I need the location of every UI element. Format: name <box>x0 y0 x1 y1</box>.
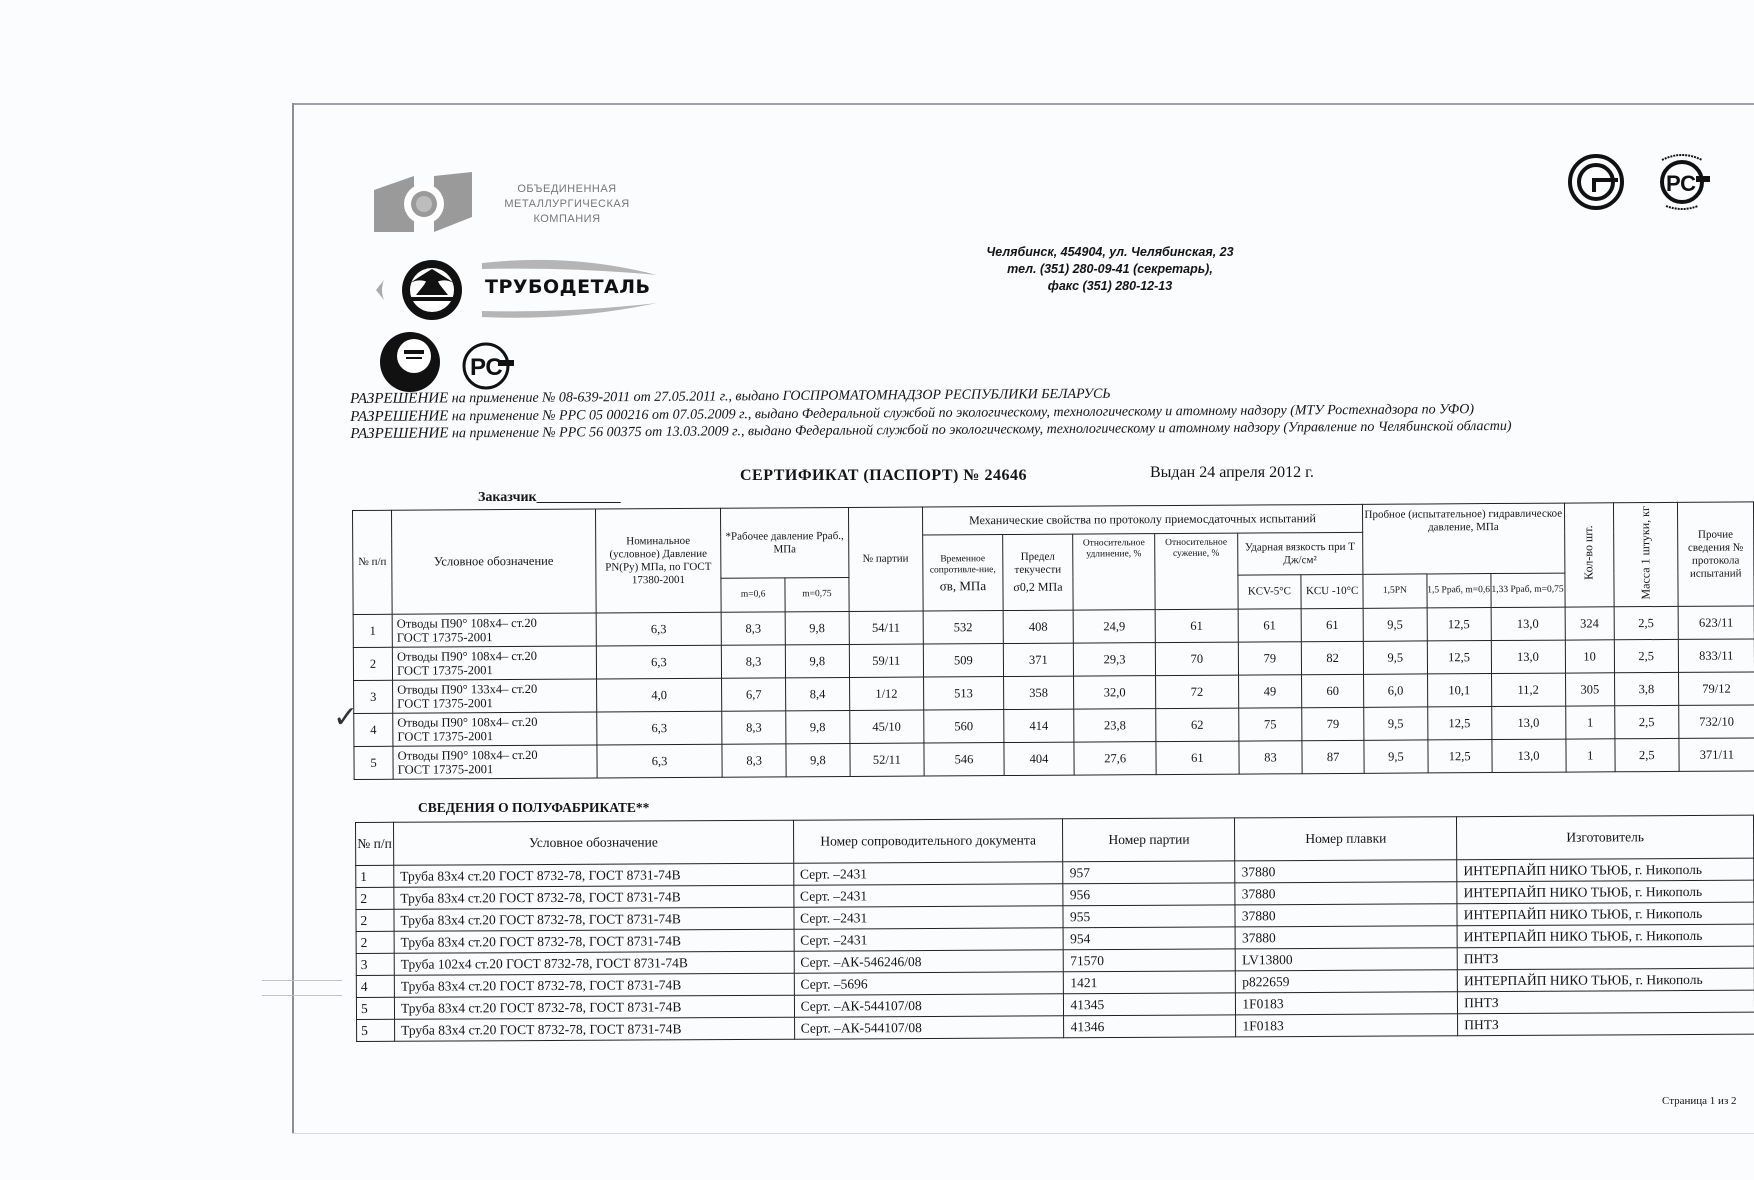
cell-sb: 532 <box>923 611 1003 644</box>
tensile-unit: σв, МПа <box>923 580 1002 591</box>
pipe-designation: Труба 83х4 ст.20 ГОСТ 8732-78, ГОСТ 8731… <box>394 995 794 1019</box>
row-number: 2 <box>353 647 392 680</box>
semi-product-title: СВЕДЕНИЯ О ПОЛУФАБРИКАТЕ** <box>418 800 649 816</box>
col-mass: Масса 1 штуки, кг <box>1613 502 1677 606</box>
batch-number: 41345 <box>1064 993 1236 1016</box>
row-number: 3 <box>356 953 394 975</box>
designation-line: Отводы П90° 133х4– ст.20 <box>397 682 596 697</box>
pipe-designation: Труба 102х4 ст.20 ГОСТ 8732-78, ГОСТ 873… <box>394 951 794 975</box>
cell-sb: 513 <box>923 677 1003 710</box>
designation-standard: ГОСТ 17375-2001 <box>397 696 596 711</box>
cell-kcv: 49 <box>1238 675 1302 708</box>
cell-p2: 12,5 <box>1427 608 1491 641</box>
col-kcu: KCU -10°C <box>1301 574 1363 608</box>
cell-batch: 59/11 <box>849 644 923 677</box>
customer-field: Заказчик____________ <box>478 490 621 506</box>
col-yield: Предел текучестиσ0,2 МПа <box>1003 534 1073 610</box>
cell-qty: 305 <box>1565 673 1615 706</box>
document-number: Серт. –2431 <box>794 928 1064 951</box>
heat-number: 37880 <box>1235 860 1457 883</box>
cell-qty: 1 <box>1565 739 1615 772</box>
manufacturer: ПНТЗ <box>1458 990 1754 1014</box>
cell-p1: 6,0 <box>1364 674 1428 707</box>
document-number: Серт. –2431 <box>793 862 1063 885</box>
cell-batch: 1/12 <box>849 677 923 710</box>
col-batch: № партии <box>848 507 923 611</box>
cell-m075: 9,8 <box>785 644 849 677</box>
certificate-issue-date: Выдан 24 апреля 2012 г. <box>1150 464 1314 482</box>
cell-sb: 546 <box>924 743 1004 776</box>
batch-number: 955 <box>1063 905 1235 928</box>
col-designation: Условное обозначение <box>392 509 596 614</box>
svg-text:РС: РС <box>470 354 503 381</box>
cell-kcv: 83 <box>1238 741 1302 774</box>
cell-batch: 54/11 <box>849 611 923 644</box>
yield-label: Предел текучести <box>1003 551 1072 577</box>
heat-number: р822659 <box>1236 970 1458 993</box>
manufacturer: ИНТЕРПАЙП НИКО ТЬЮБ, г. Никополь <box>1457 858 1754 882</box>
cell-el: 29,3 <box>1073 643 1155 677</box>
cell-p3: 13,0 <box>1491 706 1565 739</box>
tensile-label: Временное сопротивле-ние, <box>923 554 1002 576</box>
cell-m06: 8,3 <box>722 645 786 678</box>
cell-red: 61 <box>1156 741 1238 775</box>
cell-batch: 52/11 <box>850 743 924 776</box>
omk-line: КОМПАНИЯ <box>492 212 642 227</box>
designation-line: Отводы П90° 108х4– ст.20 <box>397 616 596 631</box>
col-tp-15pn: 1,5PN <box>1363 574 1427 608</box>
pipe-designation: Труба 83х4 ст.20 ГОСТ 8732-78, ГОСТ 8731… <box>394 885 794 909</box>
permit-text: на применение № 08-639-2011 от 27.05.201… <box>448 387 1110 407</box>
scan-artifact <box>262 995 342 996</box>
document-number: Серт. –2431 <box>794 906 1064 929</box>
cell-qty: 1 <box>1565 706 1615 739</box>
row-number: 5 <box>356 997 394 1019</box>
gost-mark-icon <box>1566 152 1626 212</box>
cell-s02: 404 <box>1004 742 1074 775</box>
cell-p1: 9,5 <box>1363 641 1427 674</box>
cell-mass: 2,5 <box>1615 705 1679 738</box>
item-designation: Отводы П90° 133х4– ст.20ГОСТ 17375-2001 <box>393 679 597 713</box>
col-elongation: Относительное удлинение, % <box>1073 534 1156 611</box>
page-edge <box>292 103 1754 105</box>
row-number: 2 <box>356 931 394 953</box>
col-num: № п/п <box>356 822 394 865</box>
permit-label: РАЗРЕШЕНИЕ <box>350 408 448 425</box>
item-designation: Отводы П90° 108х4– ст.20ГОСТ 17375-2001 <box>393 712 597 746</box>
batch-number: 41346 <box>1064 1015 1236 1038</box>
heat-number: LV13800 <box>1236 948 1458 971</box>
page-edge <box>292 1133 1754 1134</box>
cell-mass: 2,5 <box>1615 738 1679 771</box>
row-number: 5 <box>357 1019 395 1041</box>
designation-standard: ГОСТ 17375-2001 <box>397 630 596 645</box>
col-other: Прочие сведения № протокола испытаний <box>1677 502 1754 606</box>
cell-el: 23,8 <box>1074 709 1156 743</box>
handwritten-check-mark: ✓ <box>333 700 358 735</box>
manufacturer: ПНТЗ <box>1458 1012 1754 1036</box>
cell-m075: 9,8 <box>786 743 850 776</box>
manufacturer: ИНТЕРПАЙП НИКО ТЬЮБ, г. Никополь <box>1457 902 1754 926</box>
col-quantity: Кол-во шт. <box>1564 503 1614 607</box>
mass-header: Масса 1 штуки, кг <box>1639 506 1653 600</box>
manufacturer: ИНТЕРПАЙП НИКО ТЬЮБ, г. Никополь <box>1457 968 1754 992</box>
designation-standard: ГОСТ 17375-2001 <box>397 663 596 678</box>
scan-artifact <box>262 980 342 981</box>
col-tensile: Временное сопротивле-ние,σв, МПа <box>922 535 1003 611</box>
cell-kcu: 82 <box>1302 641 1364 674</box>
cell-kcv: 75 <box>1238 708 1302 741</box>
batch-number: 957 <box>1063 861 1235 884</box>
cell-prot: 833/11 <box>1678 639 1754 672</box>
omk-line: МЕТАЛЛУРГИЧЕСКАЯ <box>492 197 642 212</box>
document-number: Серт. –2431 <box>793 884 1063 907</box>
col-kcv: KCV-5°C <box>1237 575 1301 609</box>
cell-el: 32,0 <box>1073 676 1155 710</box>
cell-kcu: 79 <box>1302 707 1364 740</box>
cell-p1: 9,5 <box>1364 740 1428 773</box>
batch-number: 1421 <box>1064 971 1236 994</box>
col-heat-number: Номер плавки <box>1235 817 1457 861</box>
row-number: 4 <box>354 713 393 746</box>
col-mechanical-properties: Механические свойства по протоколу прием… <box>922 504 1362 535</box>
cell-p1: 9,5 <box>1363 608 1427 641</box>
col-nominal-pressure: Номинальное (условное) Давление PN(Py) М… <box>595 508 721 613</box>
cell-m06: 8,3 <box>721 612 785 645</box>
cell-p2: 12,5 <box>1427 641 1491 674</box>
cell-m075: 9,8 <box>786 710 850 743</box>
trubodetal-name: ТРУБОДЕТАЛЬ <box>485 276 651 298</box>
cell-pn: 6,3 <box>596 612 722 646</box>
cell-m06: 8,3 <box>722 711 786 744</box>
row-number: 4 <box>356 975 394 997</box>
phone-line: тел. (351) 280-09-41 (секретарь), <box>900 261 1320 278</box>
voluntary-certification-icon: РС <box>1650 148 1714 212</box>
cell-s02: 371 <box>1003 643 1073 676</box>
row-number: 2 <box>356 887 394 909</box>
cell-prot: 623/11 <box>1678 606 1754 639</box>
designation-line: Отводы П90° 108х4– ст.20 <box>398 748 597 763</box>
omk-logo-icon <box>372 172 477 237</box>
fax-line: факс (351) 280-12-13 <box>900 278 1320 295</box>
cell-pn: 4,0 <box>596 678 722 712</box>
batch-number: 71570 <box>1064 949 1236 972</box>
cell-el: 27,6 <box>1074 742 1156 776</box>
cell-mass: 3,8 <box>1614 672 1678 705</box>
col-tp-133p: 1,33 Рраб, m=0,75 <box>1490 573 1564 607</box>
heat-number: 1F0183 <box>1236 1014 1458 1037</box>
document-number: Серт. –5696 <box>794 972 1064 995</box>
omk-line: ОБЪЕДИНЕННАЯ <box>492 182 642 197</box>
cell-m06: 6,7 <box>722 678 786 711</box>
col-test-pressure: Пробное (испытательное) гидравлическое д… <box>1362 503 1564 574</box>
page-number: Страница 1 из 2 <box>1662 1095 1737 1107</box>
designation-line: Отводы П90° 108х4– ст.20 <box>397 649 596 664</box>
cell-pn: 6,3 <box>597 744 723 778</box>
pipe-designation: Труба 83х4 ст.20 ГОСТ 8732-78, ГОСТ 8731… <box>394 863 794 887</box>
cell-batch: 45/10 <box>849 710 923 743</box>
cell-mass: 2,5 <box>1614 639 1678 672</box>
document-number: Серт. –АК-544107/08 <box>794 994 1064 1017</box>
cell-kcu: 60 <box>1302 674 1364 707</box>
col-impact: Ударная вязкость при Т Дж/см² <box>1237 532 1363 575</box>
col-document-number: Номер сопроводительного документа <box>793 819 1063 863</box>
heat-number: 37880 <box>1235 904 1457 927</box>
permits-block: РАЗРЕШЕНИЕ на применение № 08-639-2011 о… <box>350 381 1730 443</box>
cell-sb: 560 <box>924 710 1004 743</box>
row-number: 2 <box>356 909 394 931</box>
certificate-title: СЕРТИФИКАТ (ПАСПОРТ) № 24646 <box>740 467 1027 485</box>
col-batch-number: Номер партии <box>1063 818 1235 862</box>
col-num: № п/п <box>353 510 393 614</box>
permit-label: РАЗРЕШЕНИЕ <box>350 390 448 407</box>
row-number: 1 <box>353 614 392 647</box>
cell-red: 61 <box>1155 609 1237 643</box>
heat-number: 37880 <box>1235 882 1457 905</box>
cell-red: 72 <box>1156 675 1238 709</box>
pipe-designation: Труба 83х4 ст.20 ГОСТ 8732-78, ГОСТ 8731… <box>394 929 794 953</box>
cell-sb: 509 <box>923 644 1003 677</box>
cell-p3: 13,0 <box>1491 607 1565 640</box>
cell-qty: 324 <box>1565 607 1615 640</box>
cell-p2: 12,5 <box>1428 740 1492 773</box>
col-manufacturer: Изготовитель <box>1457 815 1754 860</box>
omk-company-name: ОБЪЕДИНЕННАЯ МЕТАЛЛУРГИЧЕСКАЯ КОМПАНИЯ <box>492 182 642 227</box>
cell-m06: 8,3 <box>722 744 786 777</box>
batch-number: 954 <box>1064 927 1236 950</box>
semi-product-table: № п/п Условное обозначение Номер сопрово… <box>355 815 1754 1042</box>
cell-pn: 6,3 <box>596 711 722 745</box>
page-edge <box>292 103 294 1133</box>
cell-prot: 732/10 <box>1678 705 1754 738</box>
cell-s02: 408 <box>1003 610 1073 643</box>
cell-prot: 79/12 <box>1678 672 1754 705</box>
manufacturer: ИНТЕРПАЙП НИКО ТЬЮБ, г. Никополь <box>1457 924 1754 948</box>
row-number: 1 <box>356 865 394 887</box>
cell-kcu: 87 <box>1302 740 1364 773</box>
heat-number: 37880 <box>1235 926 1457 949</box>
cell-red: 70 <box>1156 642 1238 676</box>
item-designation: Отводы П90° 108х4– ст.20ГОСТ 17375-2001 <box>392 613 596 647</box>
col-designation: Условное обозначение <box>393 820 793 865</box>
permit-label: РАЗРЕШЕНИЕ <box>350 425 448 442</box>
batch-number: 956 <box>1063 883 1235 906</box>
company-address: Челябинск, 454904, ул. Челябинская, 23 т… <box>900 244 1320 295</box>
cell-p1: 9,5 <box>1364 707 1428 740</box>
tuv-certification-icon <box>378 330 442 394</box>
cell-kcu: 61 <box>1301 608 1363 641</box>
document-number: Серт. –АК-546246/08 <box>794 950 1064 973</box>
col-tp-15p: 1,5 Рраб, m=0,6 <box>1427 574 1491 608</box>
certificate-main-table: № п/п Условное обозначение Номинальное (… <box>352 501 1754 780</box>
designation-line: Отводы П90° 108х4– ст.20 <box>397 715 596 730</box>
heat-number: 1F0183 <box>1236 992 1458 1015</box>
svg-text:РС: РС <box>1666 171 1696 196</box>
cell-p2: 10,1 <box>1427 674 1491 707</box>
cell-s02: 414 <box>1004 709 1074 742</box>
cell-p2: 12,5 <box>1427 707 1491 740</box>
cell-qty: 10 <box>1565 640 1615 673</box>
cell-kcv: 79 <box>1238 642 1302 675</box>
yield-unit: σ0,2 МПа <box>1003 581 1072 594</box>
cell-pn: 6,3 <box>596 645 722 679</box>
cell-s02: 358 <box>1004 676 1074 709</box>
cell-m075: 9,8 <box>785 611 849 644</box>
pipe-designation: Труба 83х4 ст.20 ГОСТ 8732-78, ГОСТ 8731… <box>394 973 794 997</box>
manufacturer: ПНТЗ <box>1457 946 1754 970</box>
cell-mass: 2,5 <box>1614 606 1678 639</box>
document-number: Серт. –АК-544107/08 <box>794 1016 1064 1039</box>
address-line: Челябинск, 454904, ул. Челябинская, 23 <box>900 244 1320 261</box>
row-number: 5 <box>354 746 393 779</box>
cell-m075: 8,4 <box>786 677 850 710</box>
cell-kcv: 61 <box>1238 609 1302 642</box>
cell-p3: 11,2 <box>1491 673 1565 706</box>
cell-red: 62 <box>1156 708 1238 742</box>
col-wp-m075: m=0,75 <box>785 577 849 611</box>
col-reduction: Относительное сужение, % <box>1155 533 1238 610</box>
pipe-designation: Труба 83х4 ст.20 ГОСТ 8732-78, ГОСТ 8731… <box>394 907 794 931</box>
quantity-header: Кол-во шт. <box>1582 526 1595 580</box>
item-designation: Отводы П90° 108х4– ст.20ГОСТ 17375-2001 <box>392 646 596 680</box>
pipe-designation: Труба 83х4 ст.20 ГОСТ 8732-78, ГОСТ 8731… <box>395 1017 795 1041</box>
cell-el: 24,9 <box>1073 610 1155 644</box>
row-number: 3 <box>354 680 393 713</box>
manufacturer: ИНТЕРПАЙП НИКО ТЬЮБ, г. Никополь <box>1457 880 1754 904</box>
col-working-pressure: *Рабочее давление Рраб., МПа <box>721 507 849 578</box>
cell-prot: 371/11 <box>1679 738 1754 771</box>
col-wp-m06: m=0,6 <box>721 578 785 612</box>
cell-p3: 13,0 <box>1491 739 1565 772</box>
cell-p3: 13,0 <box>1491 640 1565 673</box>
designation-standard: ГОСТ 17375-2001 <box>397 729 596 744</box>
designation-standard: ГОСТ 17375-2001 <box>398 762 597 777</box>
item-designation: Отводы П90° 108х4– ст.20ГОСТ 17375-2001 <box>393 745 597 779</box>
rst-certification-icon: РС <box>456 336 518 392</box>
